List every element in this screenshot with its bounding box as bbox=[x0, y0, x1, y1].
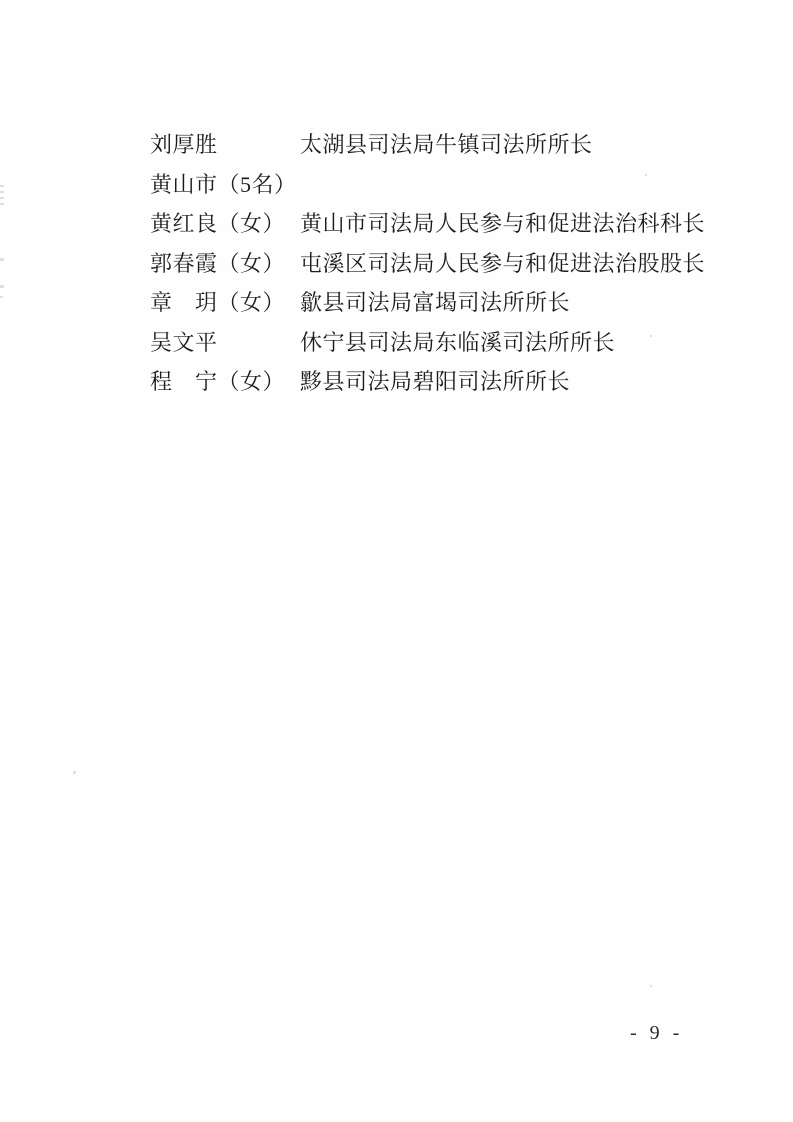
list-item: 黄红良（女） 黄山市司法局人民参与和促进法治科科长 bbox=[150, 203, 760, 243]
list-item: 刘厚胜 太湖县司法局牛镇司法所所长 bbox=[150, 124, 760, 164]
person-title: 黄山市司法局人民参与和促进法治科科长 bbox=[300, 207, 705, 238]
person-name: 吴文平 bbox=[150, 326, 300, 357]
person-name: 黄红良（女） bbox=[150, 207, 300, 238]
scan-artifact bbox=[650, 335, 652, 337]
appointment-list: 刘厚胜 太湖县司法局牛镇司法所所长 黄山市（5名） 黄红良（女） 黄山市司法局人… bbox=[150, 124, 760, 401]
person-title: 黟县司法局碧阳司法所所长 bbox=[300, 365, 570, 396]
scan-artifact bbox=[0, 258, 4, 261]
document-page: 刘厚胜 太湖县司法局牛镇司法所所长 黄山市（5名） 黄红良（女） 黄山市司法局人… bbox=[0, 0, 793, 1122]
page-number: - 9 - bbox=[630, 1022, 683, 1045]
list-item: 程 宁（女） 黟县司法局碧阳司法所所长 bbox=[150, 361, 760, 401]
person-title: 屯溪区司法局人民参与和促进法治股股长 bbox=[300, 247, 705, 278]
person-name: 刘厚胜 bbox=[150, 128, 300, 159]
scan-artifact bbox=[0, 185, 4, 187]
city-section-label: 黄山市（5名） bbox=[150, 168, 300, 199]
scan-artifact bbox=[645, 174, 647, 176]
scan-artifact bbox=[0, 197, 4, 199]
person-title: 休宁县司法局东临溪司法所所长 bbox=[300, 326, 615, 357]
scan-artifact bbox=[0, 296, 3, 298]
list-item: 郭春霞（女） 屯溪区司法局人民参与和促进法治股股长 bbox=[150, 243, 760, 283]
person-title: 太湖县司法局牛镇司法所所长 bbox=[300, 128, 593, 159]
person-name: 章 玥（女） bbox=[150, 286, 300, 317]
person-title: 歙县司法局富堨司法所所长 bbox=[300, 286, 570, 317]
scan-artifact bbox=[0, 285, 4, 288]
list-item: 吴文平 休宁县司法局东临溪司法所所长 bbox=[150, 322, 760, 362]
person-name: 郭春霞（女） bbox=[150, 247, 300, 278]
scan-artifact bbox=[0, 191, 4, 193]
person-name: 程 宁（女） bbox=[150, 365, 300, 396]
list-item: 章 玥（女） 歙县司法局富堨司法所所长 bbox=[150, 282, 760, 322]
section-header: 黄山市（5名） bbox=[150, 164, 760, 204]
scan-artifact bbox=[650, 985, 652, 987]
scan-artifact bbox=[0, 203, 4, 205]
scan-artifact bbox=[73, 771, 76, 774]
